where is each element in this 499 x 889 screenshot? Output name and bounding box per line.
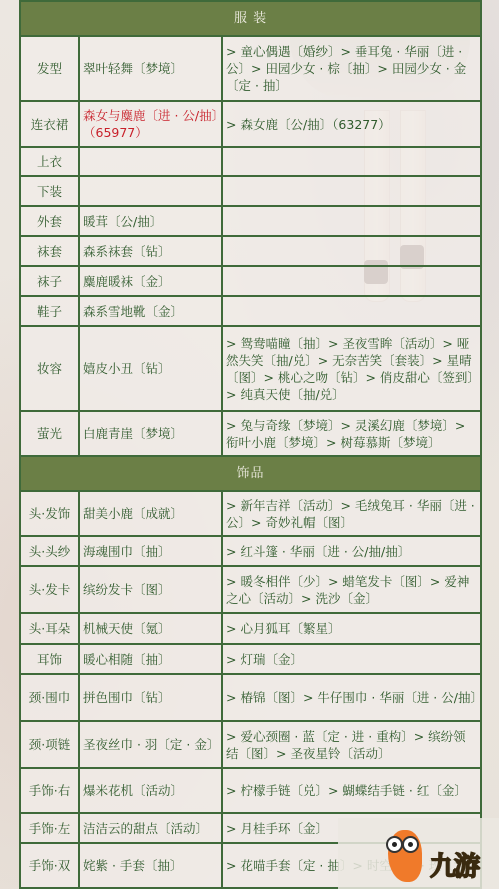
table-row: 妆容嬉皮小丑〔钻〕> 鸳鸯喵瞳〔抽〕> 圣夜雪眸〔活动〕> 哑然失笑〔抽/兑〕>…	[20, 326, 481, 411]
recommended-item-cell: 爆米花机〔活动〕	[79, 768, 222, 813]
alternatives-cell: > 椿锦〔图〕> 牛仔围巾 · 华丽〔进 · 公/抽〕	[222, 674, 481, 721]
table-row: 袜套森系袜套〔钻〕	[20, 236, 481, 266]
category-cell: 发型	[20, 36, 79, 101]
alternatives-cell	[222, 236, 481, 266]
watermark-text: 九游	[430, 846, 478, 883]
table-row: 外套暖茸〔公/抽〕	[20, 206, 481, 236]
category-cell: 袜子	[20, 266, 79, 296]
alternatives-cell: > 兔与奇缘〔梦境〕> 灵溪幻鹿〔梦境〕> 衔叶小鹿〔梦境〕> 树莓慕斯〔梦境〕	[222, 411, 481, 456]
recommended-item-cell: 海魂围巾〔抽〕	[79, 536, 222, 566]
alternatives-cell: > 新年吉祥〔活动〕> 毛绒兔耳 · 华丽〔进 · 公〕> 奇妙礼帽〔图〕	[222, 491, 481, 536]
recommended-item-cell: 白鹿青崖〔梦境〕	[79, 411, 222, 456]
alternatives-cell: > 爱心颈圈 · 蓝〔定 · 进 · 重构〕> 缤纷领结〔图〕> 圣夜星铃〔活动…	[222, 721, 481, 768]
category-cell: 手饰·右	[20, 768, 79, 813]
alternatives-cell: > 红斗篷 · 华丽〔进 · 公/抽/抽〕	[222, 536, 481, 566]
table-row: 头·发饰甜美小鹿〔成就〕> 新年吉祥〔活动〕> 毛绒兔耳 · 华丽〔进 · 公〕…	[20, 491, 481, 536]
alternatives-cell: > 暖冬相伴〔少〕> 蜡笔发卡〔图〕> 爱神之心〔活动〕> 洗沙〔金〕	[222, 566, 481, 613]
recommended-item-cell: 甜美小鹿〔成就〕	[79, 491, 222, 536]
table-row: 颈·围巾拼色围巾〔钻〕> 椿锦〔图〕> 牛仔围巾 · 华丽〔进 · 公/抽〕	[20, 674, 481, 721]
category-cell: 颈·项链	[20, 721, 79, 768]
table-row: 头·发卡缤纷发卡〔图〕> 暖冬相伴〔少〕> 蜡笔发卡〔图〕> 爱神之心〔活动〕>…	[20, 566, 481, 613]
category-cell: 手饰·左	[20, 813, 79, 843]
category-cell: 头·耳朵	[20, 613, 79, 644]
recommended-item-cell: 圣夜丝巾 · 羽〔定 · 金〕	[79, 721, 222, 768]
category-cell: 耳饰	[20, 644, 79, 674]
recommended-item-cell	[79, 147, 222, 176]
recommended-item-cell: 机械天使〔氪〕	[79, 613, 222, 644]
alternatives-cell: > 灯瑞〔金〕	[222, 644, 481, 674]
category-cell: 手饰·双	[20, 843, 79, 888]
table-row: 下装	[20, 176, 481, 206]
recommended-item-cell: 嬉皮小丑〔钻〕	[79, 326, 222, 411]
recommended-item-cell: 缤纷发卡〔图〕	[79, 566, 222, 613]
alternatives-cell	[222, 176, 481, 206]
table-row: 袜子麋鹿暖袜〔金〕	[20, 266, 481, 296]
recommended-item-cell: 姹紫 · 手套〔抽〕	[79, 843, 222, 888]
table-row: 头·耳朵机械天使〔氪〕> 心月狐耳〔繁星〕	[20, 613, 481, 644]
section-header-accessories: 饰品	[20, 456, 481, 491]
outfit-guide-table: 服 装 发型翠叶轻舞〔梦境〕> 童心偶遇〔婚纱〕> 垂耳兔 · 华丽〔进 · 公…	[19, 0, 482, 889]
table-row: 耳饰暖心相随〔抽〕> 灯瑞〔金〕	[20, 644, 481, 674]
table-row: 萤光白鹿青崖〔梦境〕> 兔与奇缘〔梦境〕> 灵溪幻鹿〔梦境〕> 衔叶小鹿〔梦境〕…	[20, 411, 481, 456]
category-cell: 鞋子	[20, 296, 79, 326]
recommended-item-cell: 麋鹿暖袜〔金〕	[79, 266, 222, 296]
mascot-icon	[388, 830, 422, 882]
category-cell: 萤光	[20, 411, 79, 456]
section-header-clothing: 服 装	[20, 1, 481, 36]
recommended-item-cell: 森系袜套〔钻〕	[79, 236, 222, 266]
alternatives-cell	[222, 266, 481, 296]
alternatives-cell	[222, 206, 481, 236]
category-cell: 头·头纱	[20, 536, 79, 566]
section-title: 服 装	[20, 1, 481, 36]
alternatives-cell: > 童心偶遇〔婚纱〕> 垂耳兔 · 华丽〔进 · 公〕> 田园少女 · 棕〔抽〕…	[222, 36, 481, 101]
category-cell: 头·发饰	[20, 491, 79, 536]
alternatives-cell: > 心月狐耳〔繁星〕	[222, 613, 481, 644]
recommended-item-cell: 暖茸〔公/抽〕	[79, 206, 222, 236]
category-cell: 颈·围巾	[20, 674, 79, 721]
table-row: 连衣裙森女与麋鹿〔进 · 公/抽〕（65977）> 森女鹿〔公/抽〕（63277…	[20, 101, 481, 147]
table-row: 发型翠叶轻舞〔梦境〕> 童心偶遇〔婚纱〕> 垂耳兔 · 华丽〔进 · 公〕> 田…	[20, 36, 481, 101]
recommended-item-cell: 森女与麋鹿〔进 · 公/抽〕（65977）	[79, 101, 222, 147]
recommended-item-cell	[79, 176, 222, 206]
alternatives-cell: > 森女鹿〔公/抽〕（63277）	[222, 101, 481, 147]
table-row: 头·头纱海魂围巾〔抽〕> 红斗篷 · 华丽〔进 · 公/抽/抽〕	[20, 536, 481, 566]
category-cell: 头·发卡	[20, 566, 79, 613]
table-row: 上衣	[20, 147, 481, 176]
alternatives-cell: > 鸳鸯喵瞳〔抽〕> 圣夜雪眸〔活动〕> 哑然失笑〔抽/兑〕> 无奈苦笑〔套装〕…	[222, 326, 481, 411]
recommended-item-cell: 拼色围巾〔钻〕	[79, 674, 222, 721]
alternatives-cell	[222, 296, 481, 326]
recommended-item-cell: 森系雪地靴〔金〕	[79, 296, 222, 326]
section-title: 饰品	[20, 456, 481, 491]
recommended-item-cell: 翠叶轻舞〔梦境〕	[79, 36, 222, 101]
recommended-item-cell: 暖心相随〔抽〕	[79, 644, 222, 674]
table-row: 颈·项链圣夜丝巾 · 羽〔定 · 金〕> 爱心颈圈 · 蓝〔定 · 进 · 重构…	[20, 721, 481, 768]
category-cell: 下装	[20, 176, 79, 206]
category-cell: 上衣	[20, 147, 79, 176]
alternatives-cell: > 柠檬手链〔兑〕> 蝴蝶结手链 · 红〔金〕	[222, 768, 481, 813]
table-row: 手饰·右爆米花机〔活动〕> 柠檬手链〔兑〕> 蝴蝶结手链 · 红〔金〕	[20, 768, 481, 813]
category-cell: 妆容	[20, 326, 79, 411]
category-cell: 外套	[20, 206, 79, 236]
table-row: 鞋子森系雪地靴〔金〕	[20, 296, 481, 326]
category-cell: 袜套	[20, 236, 79, 266]
alternatives-cell	[222, 147, 481, 176]
category-cell: 连衣裙	[20, 101, 79, 147]
recommended-item-cell: 洁洁云的甜点〔活动〕	[79, 813, 222, 843]
